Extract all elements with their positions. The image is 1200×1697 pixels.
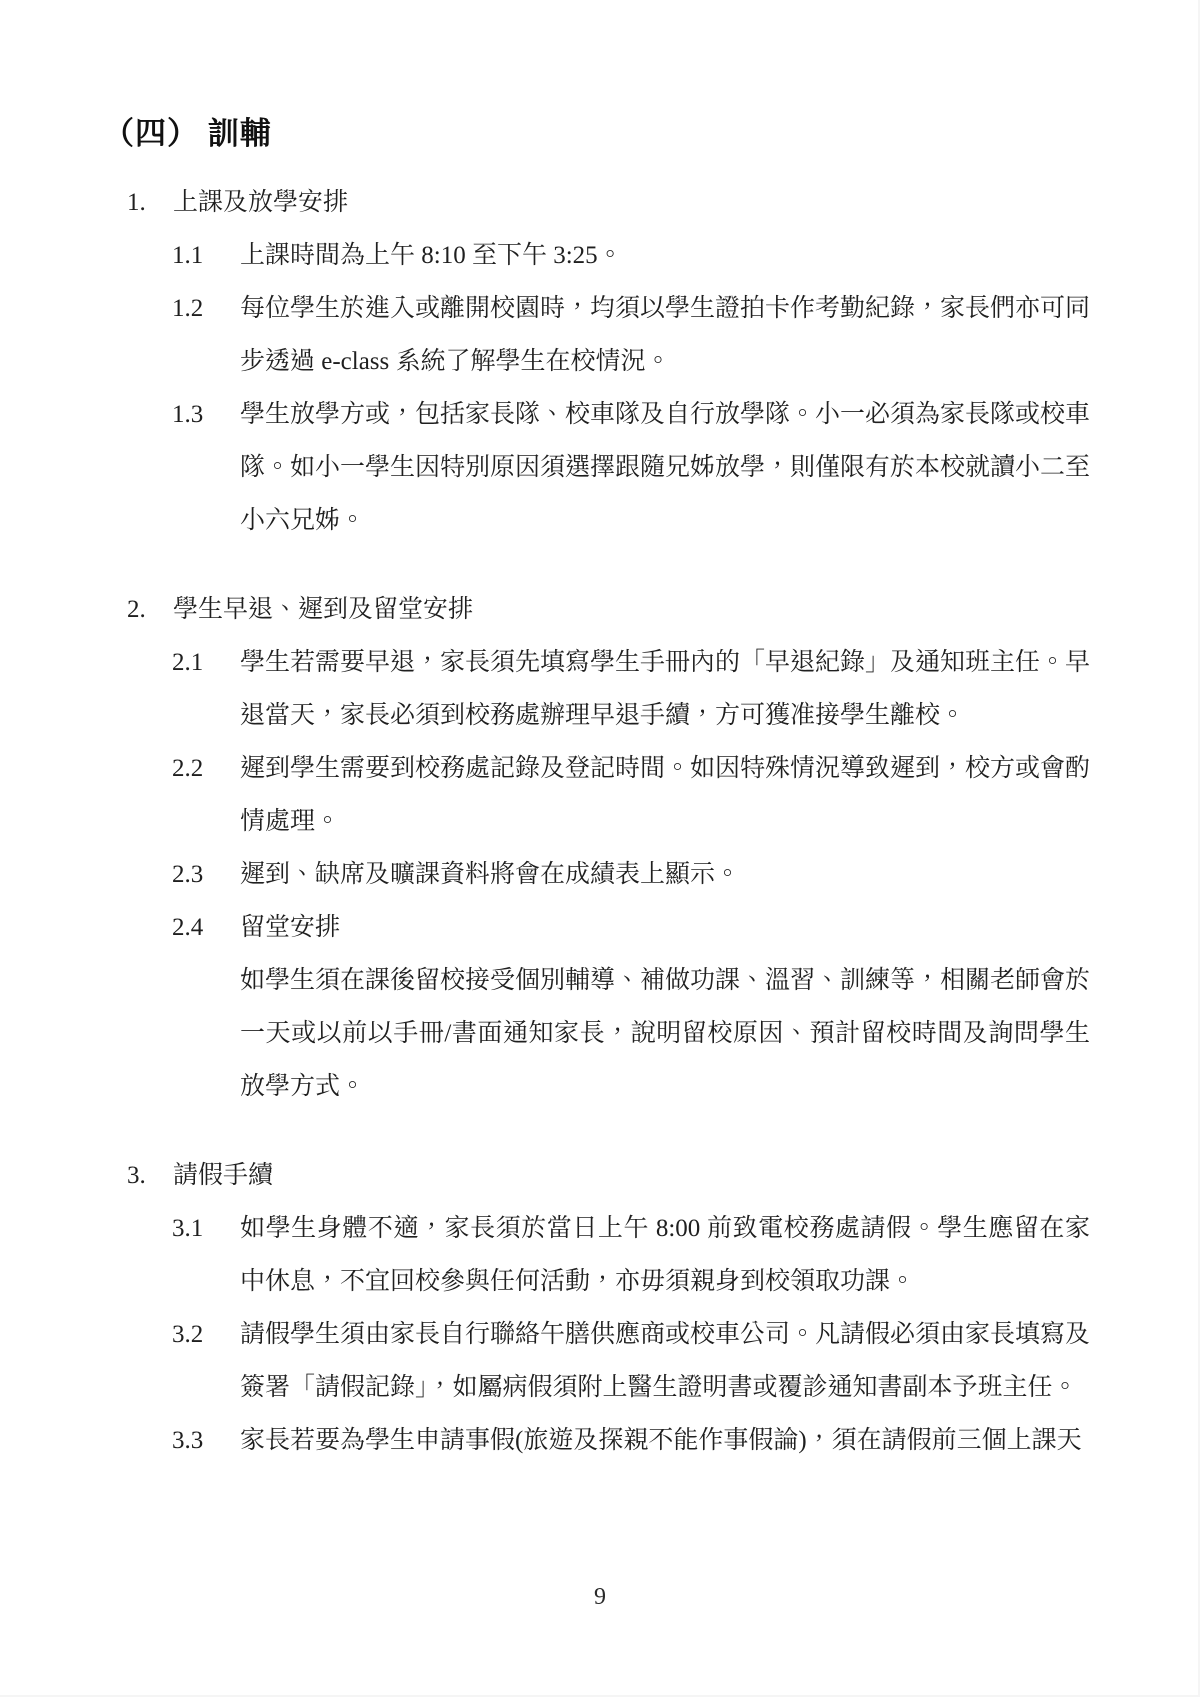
- section-title: 請假手續: [173, 1162, 273, 1189]
- list-item: 2.4 留堂安排: [172, 901, 1200, 954]
- list-item: 1.2 每位學生於進入或離開校園時，均須以學生證拍卡作考勤紀錄，家長們亦可同步透…: [172, 282, 1200, 388]
- section-heading: 3.請假手續: [127, 1149, 1200, 1202]
- list-item: 1.3 學生放學方或，包括家長隊、校車隊及自行放學隊。小一必須為家長隊或校車隊。…: [172, 388, 1200, 547]
- item-text: 遲到學生需要到校務處記錄及登記時間。如因特殊情況導致遲到，校方或會酌情處理。: [240, 742, 1090, 848]
- item-text: 遲到、缺席及曠課資料將會在成績表上顯示。: [240, 848, 1090, 901]
- section-number: 1.: [127, 176, 173, 229]
- page-number: 9: [0, 1584, 1200, 1611]
- item-number: 2.2: [172, 742, 240, 848]
- list-item: 3.1 如學生身體不適，家長須於當日上午 8:00 前致電校務處請假。學生應留在…: [172, 1202, 1200, 1308]
- item-text: 如學生身體不適，家長須於當日上午 8:00 前致電校務處請假。學生應留在家中休息…: [240, 1202, 1090, 1308]
- list-item: 2.1 學生若需要早退，家長須先填寫學生手冊內的「早退紀錄」及通知班主任。早退當…: [172, 636, 1200, 742]
- page-title: （四） 訓輔: [103, 112, 272, 156]
- item-number: 1.2: [172, 282, 240, 388]
- item-text: 請假學生須由家長自行聯絡午膳供應商或校車公司。凡請假必須由家長填寫及簽署「請假記…: [240, 1308, 1090, 1414]
- item-text: 每位學生於進入或離開校園時，均須以學生證拍卡作考勤紀錄，家長們亦可同步透過 e-…: [240, 282, 1090, 388]
- item-text: 留堂安排: [240, 901, 1090, 954]
- section-title: 學生早退、遲到及留堂安排: [173, 596, 473, 623]
- list-item: 2.2 遲到學生需要到校務處記錄及登記時間。如因特殊情況導致遲到，校方或會酌情處…: [172, 742, 1200, 848]
- section-number: 3.: [127, 1149, 173, 1202]
- list-item: 3.3 家長若要為學生申請事假(旅遊及探親不能作事假論)，須在請假前三個上課天: [172, 1414, 1200, 1467]
- item-number: 3.1: [172, 1202, 240, 1308]
- section-class-arrangements: 1.上課及放學安排 1.1 上課時間為上午 8:10 至下午 3:25。 1.2…: [0, 176, 1200, 547]
- list-item: 1.1 上課時間為上午 8:10 至下午 3:25。: [172, 229, 1200, 282]
- section-heading: 1.上課及放學安排: [127, 176, 1200, 229]
- item-number: 3.2: [172, 1308, 240, 1414]
- section-early-leave-late-detention: 2.學生早退、遲到及留堂安排 2.1 學生若需要早退，家長須先填寫學生手冊內的「…: [0, 583, 1200, 1113]
- document-page: （四） 訓輔 1.上課及放學安排 1.1 上課時間為上午 8:10 至下午 3:…: [0, 0, 1200, 1697]
- list-item: 3.2 請假學生須由家長自行聯絡午膳供應商或校車公司。凡請假必須由家長填寫及簽署…: [172, 1308, 1200, 1414]
- item-number: 3.3: [172, 1414, 240, 1467]
- section-leave-application: 3.請假手續 3.1 如學生身體不適，家長須於當日上午 8:00 前致電校務處請…: [0, 1149, 1200, 1467]
- item-text: 學生放學方或，包括家長隊、校車隊及自行放學隊。小一必須為家長隊或校車隊。如小一學…: [240, 388, 1090, 547]
- section-title: 上課及放學安排: [173, 189, 348, 216]
- item-text: 學生若需要早退，家長須先填寫學生手冊內的「早退紀錄」及通知班主任。早退當天，家長…: [240, 636, 1090, 742]
- item-text: 上課時間為上午 8:10 至下午 3:25。: [240, 229, 1090, 282]
- item-number: 1.3: [172, 388, 240, 547]
- item-number: 1.1: [172, 229, 240, 282]
- item-number: 2.3: [172, 848, 240, 901]
- item-number: 2.4: [172, 901, 240, 954]
- document-body: 1.上課及放學安排 1.1 上課時間為上午 8:10 至下午 3:25。 1.2…: [0, 176, 1200, 1467]
- section-heading: 2.學生早退、遲到及留堂安排: [127, 583, 1200, 636]
- item-text: 家長若要為學生申請事假(旅遊及探親不能作事假論)，須在請假前三個上課天: [240, 1414, 1090, 1467]
- item-paragraph: 如學生須在課後留校接受個別輔導、補做功課、溫習、訓練等，相關老師會於一天或以前以…: [240, 954, 1090, 1113]
- section-number: 2.: [127, 583, 173, 636]
- item-number: 2.1: [172, 636, 240, 742]
- list-item: 2.3 遲到、缺席及曠課資料將會在成績表上顯示。: [172, 848, 1200, 901]
